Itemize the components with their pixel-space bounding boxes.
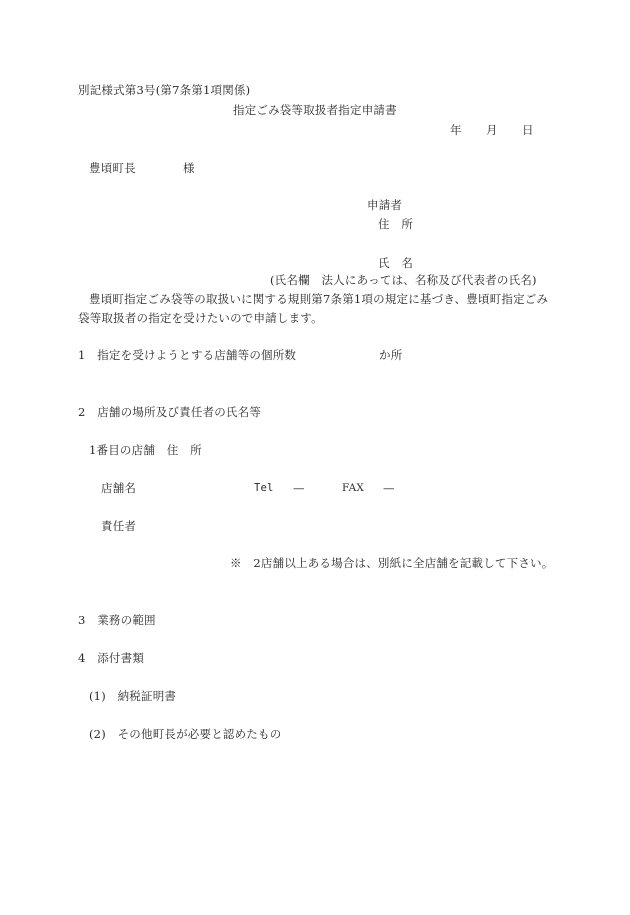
document-title: 指定ごみ袋等取扱者指定申請書 [233,103,397,117]
section-2-label: 2 店舗の場所及び責任者の氏名等 [78,405,261,419]
addressee-honorific: 様 [183,161,195,175]
tel-dash: — [293,481,305,495]
store-name-label: 店舗名 [101,481,136,495]
applicant-label: 申請者 [367,198,402,212]
date-day-label: 日 [522,123,534,137]
multiple-stores-note: ※ 2店舗以上ある場合は、別紙に全店舗を記載して下さい。 [230,556,553,570]
section-1-label: 1 指定を受けようとする店舗等の個所数 [78,348,296,362]
body-line-2: 袋等取扱者の指定を受けたいので申請します。 [78,311,323,325]
attachment-item: (1) 納税証明書 [89,689,176,703]
manager-label: 責任者 [101,519,136,533]
date-month-label: 月 [486,123,498,137]
applicant-address-label: 住 所 [378,217,413,231]
section-4-label: 4 添付書類 [78,651,144,665]
applicant-name-note: (氏名欄 法人にあっては、名称及び代表者の氏名) [270,273,537,287]
fax-label: FAX [342,481,364,495]
section-1-unit: か所 [379,348,402,362]
store-address-label: 1番目の店舗 住 所 [89,443,202,457]
tel-label: Tel [254,481,274,495]
form-number: 別記様式第3号(第7条第1項関係) [78,83,250,97]
section-3-label: 3 業務の範囲 [78,613,156,627]
addressee-name: 豊頃町長 [89,161,136,175]
body-line-1: 豊頃町指定ごみ袋等の取扱いに関する規則第7条第1項の規定に基づき、豊頃町指定ごみ [89,292,548,306]
fax-dash: — [383,481,395,495]
attachment-item: (2) その他町長が必要と認めたもの [89,727,281,741]
applicant-name-label: 氏 名 [378,256,413,270]
date-year-label: 年 [450,123,462,137]
